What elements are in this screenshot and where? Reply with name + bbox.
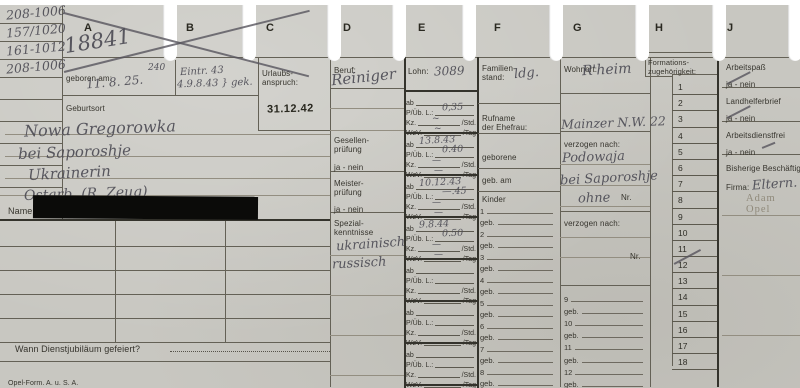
formation-row: 15 bbox=[672, 306, 717, 322]
rule-line bbox=[0, 77, 62, 78]
wage-row-pul: P/Üb. L.: bbox=[406, 233, 476, 243]
kinder-rows-1-8: 1geb.2geb.3geb.4geb.5geb.6geb.7geb.8geb. bbox=[480, 204, 556, 388]
rule-line bbox=[0, 294, 330, 295]
child-line bbox=[487, 258, 553, 260]
urlaubsanspruch-label: Urlaubs- anspruch: bbox=[262, 69, 298, 88]
formation-row: 2 bbox=[672, 95, 717, 111]
child-line bbox=[487, 304, 553, 306]
formation-row: 10 bbox=[672, 225, 717, 241]
child-number: 5 bbox=[480, 299, 484, 308]
rule-line bbox=[330, 130, 404, 131]
pul-label: P/Üb. L.: bbox=[406, 320, 433, 327]
std-label: /Std. bbox=[462, 288, 476, 295]
formation-row: 17 bbox=[672, 338, 717, 354]
geb-label: geb. bbox=[480, 310, 495, 319]
ab-line bbox=[416, 314, 474, 316]
verzogen-value-1: Podowaja bbox=[562, 149, 625, 166]
wage-kz-value: — bbox=[432, 198, 441, 208]
rule-line bbox=[560, 237, 650, 238]
wage-row-wzv: WzV./Tag bbox=[406, 337, 476, 347]
wage-pul-value: 0.50 bbox=[442, 228, 464, 240]
geb-line bbox=[498, 361, 553, 363]
child-geb-row: geb. bbox=[480, 262, 556, 274]
child-geb-row: geb. bbox=[564, 304, 646, 316]
tab-letter-E: E bbox=[418, 22, 425, 34]
scanned-document-page: ABCDEFGHJ 208-1006157/1020161-1012208-10… bbox=[0, 0, 800, 388]
child-geb-row: geb. bbox=[480, 239, 556, 251]
kz-line bbox=[418, 376, 459, 378]
tag-label: /Tag bbox=[463, 214, 476, 221]
rule-line bbox=[0, 219, 330, 221]
wzv-label: WzV. bbox=[406, 256, 422, 263]
child-geb-row: geb. bbox=[564, 352, 646, 364]
kz-label: Kz. bbox=[406, 246, 416, 253]
child-geb-row: geb. bbox=[480, 308, 556, 320]
arbeitspass-ja-nein: ja - nein bbox=[726, 80, 755, 89]
pul-label: P/Üb. L.: bbox=[406, 278, 433, 285]
punch-notch bbox=[163, 5, 177, 61]
child-number: 11 bbox=[564, 343, 572, 352]
pul-label: P/Üb. L.: bbox=[406, 194, 433, 201]
pul-label: P/Üb. L.: bbox=[406, 152, 433, 159]
pul-label: P/Üb. L.: bbox=[406, 362, 433, 369]
rule-line bbox=[560, 93, 650, 94]
pul-line bbox=[435, 114, 474, 116]
child-line bbox=[487, 327, 553, 329]
child-geb-row: geb. bbox=[480, 331, 556, 343]
rule-line bbox=[0, 361, 330, 362]
geb-line bbox=[582, 361, 643, 363]
landhelferbrief-ja-nein: ja - nein bbox=[726, 114, 755, 123]
punch-notch bbox=[327, 5, 341, 61]
tab-letter-B: B bbox=[186, 22, 194, 34]
arbeitspass-label: Arbeitspaß bbox=[726, 63, 766, 72]
rule-line bbox=[560, 211, 650, 212]
wage-block: abP/Üb. L.:Kz./Std.WzV./Tag10.12.43—.45—… bbox=[406, 180, 476, 221]
rule-line bbox=[722, 215, 800, 216]
rule-line bbox=[650, 57, 651, 387]
rule-line bbox=[478, 168, 560, 169]
spezial-value-2: russisch bbox=[332, 255, 387, 273]
tag-label: /Tag bbox=[463, 172, 476, 179]
child-number: 1 bbox=[480, 207, 484, 216]
formation-row: 8 bbox=[672, 192, 717, 208]
rule-line bbox=[62, 95, 258, 96]
wzv-label: WzV. bbox=[406, 298, 422, 305]
meisterpruefung-label: Meister- prüfung bbox=[334, 179, 364, 198]
wohnort-value: R'heim bbox=[582, 61, 632, 80]
wage-row-wzv: WzV./Tag bbox=[406, 379, 476, 388]
bisherige-beschaeftigung-label: Bisherige Beschäftigung bbox=[726, 164, 800, 173]
rule-line bbox=[560, 206, 650, 207]
child-number-row: 11 bbox=[564, 340, 646, 352]
wage-row-pul: P/Üb. L.: bbox=[406, 275, 476, 285]
child-line bbox=[487, 281, 553, 283]
formation-row: 13 bbox=[672, 273, 717, 289]
kz-label: Kz. bbox=[406, 120, 416, 127]
wage-row-kz: Kz./Std. bbox=[406, 369, 476, 379]
geb-line bbox=[498, 292, 553, 294]
wage-wzv-value: ~ bbox=[434, 124, 442, 134]
wzv-line bbox=[424, 344, 461, 346]
tag-label: /Tag bbox=[463, 340, 476, 347]
formation-row: 6 bbox=[672, 160, 717, 176]
geb-am-label: geb. am bbox=[482, 176, 512, 185]
geburtsort-label: Geburtsort bbox=[66, 104, 105, 113]
adam-opel-stamp: Adam Opel bbox=[746, 193, 800, 215]
gesellen-ja-nein: ja - nein bbox=[334, 163, 363, 172]
spezialkenntnisse-label: Spezial- kenntnisse bbox=[334, 219, 373, 238]
firma-label: Firma: bbox=[726, 183, 749, 192]
wage-block: abP/Üb. L.:Kz./Std.WzV./Tag bbox=[406, 306, 476, 347]
wage-wzv-value: — bbox=[434, 166, 443, 176]
punch-notch bbox=[549, 5, 563, 61]
wage-pul-value: 0.40 bbox=[442, 144, 464, 156]
rule-line bbox=[722, 335, 800, 336]
verzogen-nach-label-2: verzogen nach: bbox=[564, 219, 620, 228]
child-geb-row: geb. bbox=[480, 285, 556, 297]
rule-line bbox=[330, 57, 331, 387]
tag-label: /Tag bbox=[463, 256, 476, 263]
geb-line bbox=[582, 312, 643, 314]
geb-line bbox=[582, 336, 643, 338]
wage-row-wzv: WzV./Tag bbox=[406, 295, 476, 305]
geb-line bbox=[498, 315, 553, 317]
rule-line bbox=[0, 99, 62, 100]
child-number-row: 1 bbox=[480, 204, 556, 216]
kz-label: Kz. bbox=[406, 204, 416, 211]
rule-line bbox=[722, 275, 800, 276]
pul-label: P/Üb. L.: bbox=[406, 110, 433, 117]
rule-line bbox=[478, 133, 560, 134]
wage-block: abP/Üb. L.:Kz./Std.WzV./Tag bbox=[406, 348, 476, 388]
tab-letter-F: F bbox=[494, 22, 501, 34]
form-footer: Opel-Form. A. u. S. A. bbox=[8, 380, 78, 388]
child-line bbox=[575, 348, 643, 350]
kz-label: Kz. bbox=[406, 288, 416, 295]
wage-pul-value: 0,35 bbox=[442, 102, 464, 114]
child-line bbox=[487, 373, 553, 375]
meister-ja-nein: ja - nein bbox=[334, 205, 363, 214]
ab-label: ab bbox=[406, 184, 414, 191]
rule-line bbox=[115, 221, 116, 343]
wage-row-pul: P/Üb. L.: bbox=[406, 359, 476, 369]
pul-line bbox=[435, 198, 474, 200]
punch-notch bbox=[462, 5, 476, 61]
rule-line bbox=[175, 60, 176, 96]
child-number-row: 10 bbox=[564, 316, 646, 328]
wage-pul-value: —.45 bbox=[442, 186, 467, 198]
child-geb-row: geb. bbox=[480, 377, 556, 388]
formation-row: 5 bbox=[672, 144, 717, 160]
geboren-am-note: 240 bbox=[148, 63, 165, 73]
ab-label: ab bbox=[406, 142, 414, 149]
child-number-row: 8 bbox=[480, 365, 556, 377]
familienstand-value: ldg. bbox=[513, 65, 539, 82]
formation-row: 4 bbox=[672, 128, 717, 144]
wage-wzv-value: — bbox=[434, 250, 443, 260]
ab-label: ab bbox=[406, 100, 414, 107]
arbeitsdienstfrei-strike bbox=[762, 142, 776, 149]
formation-row: 7 bbox=[672, 176, 717, 192]
arbeitsdienstfrei-label: Arbeitsdienstfrei bbox=[726, 131, 785, 140]
kz-label: Kz. bbox=[406, 162, 416, 169]
formation-row: 16 bbox=[672, 322, 717, 338]
wage-row-kz: Kz./Std. bbox=[406, 327, 476, 337]
wage-block: abP/Üb. L.:Kz./Std.WzV./Tag bbox=[406, 264, 476, 305]
geb-label: geb. bbox=[480, 333, 495, 342]
geburtsort-line1: Nowa Gregorowka bbox=[24, 116, 177, 140]
kz-label: Kz. bbox=[406, 372, 416, 379]
nr-label-2: Nr. bbox=[630, 252, 641, 261]
child-number: 7 bbox=[480, 345, 484, 354]
urlaubsanspruch-date-stamp: 31.12.42 bbox=[267, 102, 314, 115]
tab-letter-C: C bbox=[266, 22, 274, 34]
punch-notch bbox=[635, 5, 649, 61]
geb-line bbox=[582, 385, 643, 387]
tag-label: /Tag bbox=[463, 298, 476, 305]
pul-line bbox=[435, 282, 474, 284]
child-number-row: 5 bbox=[480, 296, 556, 308]
arbeitsdienstfrei-ja-nein: ja - nein bbox=[726, 148, 755, 157]
rule-line bbox=[0, 318, 330, 319]
rule-line bbox=[330, 108, 404, 109]
geb-label: geb. bbox=[480, 241, 495, 250]
ab-label: ab bbox=[406, 226, 414, 233]
tab-letter-G: G bbox=[573, 22, 582, 34]
verzogen-nach-label-1: verzogen nach: bbox=[564, 140, 620, 149]
kz-label: Kz. bbox=[406, 330, 416, 337]
dotted-answer-line bbox=[170, 351, 330, 352]
geb-label: geb. bbox=[480, 379, 495, 388]
ab-label: ab bbox=[406, 310, 414, 317]
child-geb-row: geb. bbox=[564, 328, 646, 340]
ab-label: ab bbox=[406, 352, 414, 359]
geburtsort-line2: bei Saporoshje bbox=[18, 141, 132, 163]
punch-notch bbox=[712, 5, 726, 61]
rufname-ehefrau-label: Rufname der Ehefrau: bbox=[482, 114, 527, 133]
child-geb-row: geb. bbox=[480, 354, 556, 366]
rule-line bbox=[258, 57, 259, 131]
formation-row: 1 bbox=[672, 79, 717, 95]
formation-row: 14 bbox=[672, 289, 717, 305]
ab-line bbox=[416, 356, 474, 358]
pul-line bbox=[435, 324, 474, 326]
rule-line bbox=[330, 335, 404, 336]
wzv-line bbox=[424, 302, 461, 304]
verzogen-value-3: ohne bbox=[578, 190, 611, 206]
child-number-row: 3 bbox=[480, 250, 556, 262]
child-line bbox=[487, 235, 553, 237]
wage-block: abP/Üb. L.:Kz./Std.WzV./Tag13.8.430.40—— bbox=[406, 138, 476, 179]
std-label: /Std. bbox=[462, 120, 476, 127]
rule-line bbox=[0, 342, 330, 343]
punch-notch bbox=[392, 5, 406, 61]
eintritt-note-line1: Eintr. 43 bbox=[180, 65, 224, 78]
punch-notch bbox=[242, 5, 256, 61]
kz-line bbox=[418, 334, 459, 336]
wzv-label: WzV. bbox=[406, 340, 422, 347]
rule-line bbox=[478, 103, 560, 104]
wage-row-kz: Kz./Std. bbox=[406, 285, 476, 295]
rule-line bbox=[225, 221, 226, 343]
geb-label: geb. bbox=[564, 307, 579, 316]
child-line bbox=[571, 300, 643, 302]
landhelferbrief-label: Landhelferbrief bbox=[726, 97, 781, 106]
child-number: 3 bbox=[480, 253, 484, 262]
index-number: 208-1006 bbox=[5, 5, 66, 23]
geborene-label: geborene bbox=[482, 153, 517, 162]
child-number: 10 bbox=[564, 319, 572, 328]
tab-letter-H: H bbox=[655, 22, 663, 34]
lohn-value: 3089 bbox=[434, 63, 465, 78]
child-number: 2 bbox=[480, 230, 484, 239]
geb-line bbox=[498, 269, 553, 271]
child-geb-row: geb. bbox=[480, 216, 556, 228]
formation-number-rows: 123456789101112131415161718 bbox=[672, 79, 717, 371]
punch-notch bbox=[788, 5, 800, 61]
child-number-row: 12 bbox=[564, 365, 646, 377]
rule-line bbox=[645, 52, 717, 53]
child-number: 8 bbox=[480, 368, 484, 377]
wage-row-pul: P/Üb. L.: bbox=[406, 317, 476, 327]
geburtsort-line3: Ukrainerin bbox=[28, 162, 112, 184]
wage-kz-value: — bbox=[432, 156, 441, 166]
child-number: 4 bbox=[480, 276, 484, 285]
geb-line bbox=[498, 246, 553, 248]
wage-row-pul: P/Üb. L.: bbox=[406, 149, 476, 159]
wzv-label: WzV. bbox=[406, 382, 422, 388]
kz-line bbox=[418, 292, 459, 294]
geb-label: geb. bbox=[480, 218, 495, 227]
wage-row-ab: ab bbox=[406, 265, 476, 275]
formation-row: 18 bbox=[672, 354, 717, 370]
geb-line bbox=[498, 338, 553, 340]
pul-line bbox=[435, 366, 474, 368]
firma-value: Eltern. bbox=[752, 175, 798, 193]
pul-line bbox=[435, 240, 474, 242]
child-number-row: 9 bbox=[564, 292, 646, 304]
gesellenpruefung-label: Gesellen- prüfung bbox=[334, 136, 369, 155]
wage-kz-value: — bbox=[432, 240, 441, 250]
personnel-card: ABCDEFGHJ 208-1006157/1020161-1012208-10… bbox=[0, 5, 800, 388]
rule-line bbox=[330, 295, 404, 296]
child-line bbox=[487, 212, 553, 214]
rule-line bbox=[560, 285, 650, 286]
rule-line bbox=[478, 191, 560, 192]
wzv-line bbox=[424, 260, 461, 262]
child-line bbox=[575, 324, 643, 326]
wage-blocks: abP/Üb. L.:Kz./Std.WzV./Tag0,35~~abP/Üb.… bbox=[406, 96, 476, 388]
kinder-rows-9-12: 9geb.10geb.11geb.12geb. bbox=[564, 292, 646, 388]
geb-label: geb. bbox=[564, 356, 579, 365]
nr-label-1: Nr. bbox=[621, 193, 632, 202]
child-number-row: 7 bbox=[480, 342, 556, 354]
child-line bbox=[487, 350, 553, 352]
lohn-label: Lohn: bbox=[408, 67, 429, 76]
child-number: 6 bbox=[480, 322, 484, 331]
dienstjubilaeum-question: Wann Dienstjubiläum gefeiert? bbox=[15, 344, 140, 355]
rule-line bbox=[477, 57, 479, 388]
std-label: /Std. bbox=[462, 204, 476, 211]
formation-row: 11 bbox=[672, 241, 717, 257]
rule-line bbox=[404, 90, 478, 92]
rule-line bbox=[0, 270, 330, 271]
tab-letter-D: D bbox=[343, 22, 351, 34]
rule-line bbox=[717, 57, 719, 387]
kinder-label: Kinder bbox=[482, 195, 506, 204]
child-number-row: 2 bbox=[480, 227, 556, 239]
wage-block: abP/Üb. L.:Kz./Std.WzV./Tag9.8.440.50—— bbox=[406, 222, 476, 263]
card-big-number: 18841 bbox=[63, 24, 133, 58]
std-label: /Std. bbox=[462, 162, 476, 169]
rule-line bbox=[330, 375, 404, 376]
ab-label: ab bbox=[406, 268, 414, 275]
child-number: 9 bbox=[564, 295, 568, 304]
geb-line bbox=[498, 223, 553, 225]
std-label: /Std. bbox=[462, 330, 476, 337]
formation-row: 9 bbox=[672, 209, 717, 225]
child-number-row: 4 bbox=[480, 273, 556, 285]
child-line bbox=[575, 373, 643, 375]
eintritt-note-line2: 4.9.8.43 } gek. bbox=[177, 77, 253, 91]
formation-row: 3 bbox=[672, 111, 717, 127]
child-number: 12 bbox=[564, 368, 572, 377]
std-label: /Std. bbox=[462, 246, 476, 253]
geb-label: geb. bbox=[480, 287, 495, 296]
wage-wzv-value: — bbox=[434, 208, 443, 218]
tab-letter-J: J bbox=[727, 22, 733, 34]
geb-line bbox=[498, 384, 553, 386]
formationszugehoerigkeit-label: Formations- zugehörigkeit: bbox=[648, 59, 696, 77]
name-redaction-bar bbox=[33, 195, 258, 220]
geb-label: geb. bbox=[480, 356, 495, 365]
geb-label: geb. bbox=[564, 331, 579, 340]
rule-line bbox=[258, 130, 330, 131]
std-label: /Std. bbox=[462, 372, 476, 379]
wage-row-ab: ab bbox=[406, 349, 476, 359]
ab-line bbox=[416, 272, 474, 274]
tag-label: /Tag bbox=[463, 382, 476, 388]
geb-label: geb. bbox=[480, 264, 495, 273]
wage-row-ab: ab bbox=[406, 307, 476, 317]
child-number-row: 6 bbox=[480, 319, 556, 331]
pul-line bbox=[435, 156, 474, 158]
geb-label: geb. bbox=[564, 380, 579, 388]
rule-line bbox=[560, 57, 561, 387]
wage-block: abP/Üb. L.:Kz./Std.WzV./Tag0,35~~ bbox=[406, 96, 476, 137]
pul-label: P/Üb. L.: bbox=[406, 236, 433, 243]
tag-label: /Tag bbox=[463, 130, 476, 137]
wage-kz-value: ~ bbox=[432, 114, 440, 124]
name-label: Name: bbox=[8, 206, 35, 217]
child-geb-row: geb. bbox=[564, 377, 646, 388]
rule-line bbox=[0, 246, 330, 247]
familienstand-label: Familien- stand: bbox=[482, 64, 516, 83]
wage-row-pul: P/Üb. L.: bbox=[406, 107, 476, 117]
